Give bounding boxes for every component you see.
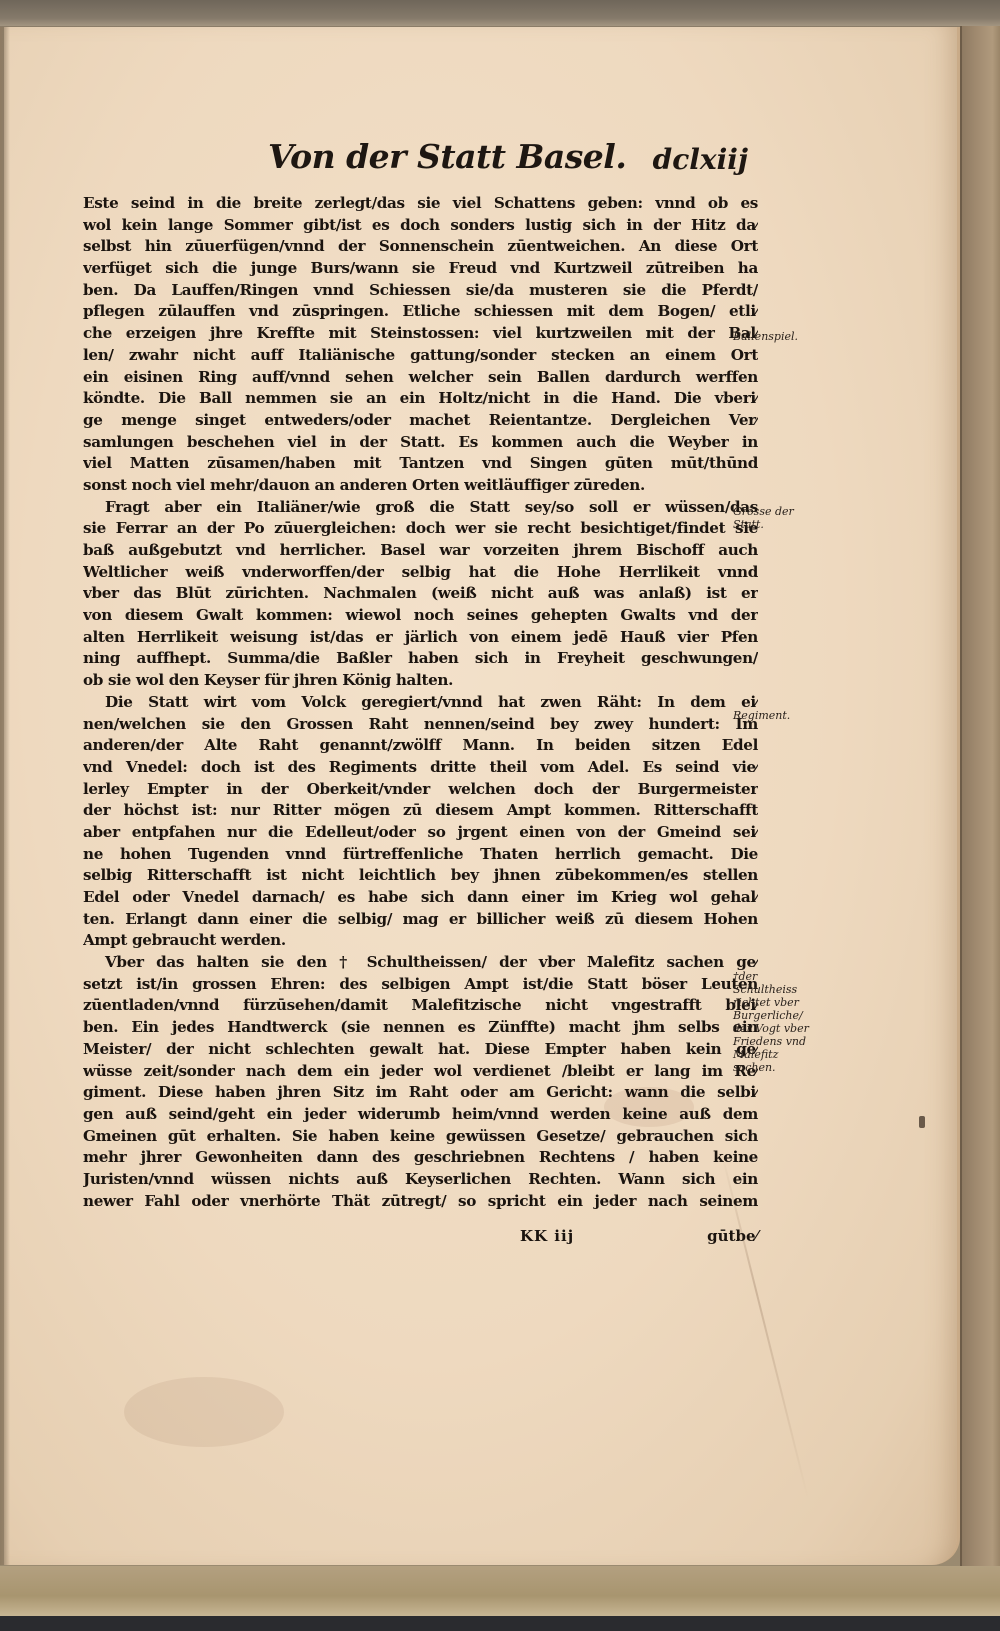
text-line: ein eisinen Ring auff/vnnd sehen welcher… [83, 367, 758, 389]
text-line: gen auß seind/geht ein jeder widerumb he… [83, 1104, 758, 1126]
margin-note-ballenspiel: Ballenspiel. [733, 330, 823, 343]
text-line: viel Matten zūsamen/haben mit Tantzen vn… [83, 453, 758, 475]
text-line: Gmeinen gūt erhalten. Sie haben keine ge… [83, 1126, 758, 1148]
text-line: vnd Vnedel: doch ist des Regiments dritt… [83, 757, 758, 779]
text-line: che erzeigen jhre Kreffte mit Steinstoss… [83, 323, 758, 345]
text-line: zūentladen/vnnd fürzūsehen/damit Malefit… [83, 995, 758, 1017]
page-footer: KK iij gūtbe⁄ [520, 1227, 758, 1249]
paper-stain [124, 1377, 284, 1447]
text-line: pflegen zūlauffen vnd zūspringen. Etlich… [83, 301, 758, 323]
paper-mark [919, 1116, 925, 1128]
text-line: ne hohen Tugenden vnnd fürtreffenliche T… [83, 844, 758, 866]
body-text: Este seind in die breite zerlegt/das sie… [83, 193, 758, 1212]
text-line: Die Statt wirt vom Volck geregiert/vnnd … [83, 692, 758, 714]
paragraph-schultheiss: Vber das halten sie den † Schultheissen/… [83, 952, 758, 1212]
text-line: ge menge singet entweders/oder machet Re… [83, 410, 758, 432]
text-line: alten Herrlikeit weisung ist/das er järl… [83, 627, 758, 649]
catchword: gūtbe⁄ [707, 1227, 758, 1245]
text-line: lerley Empter in der Oberkeit/vnder welc… [83, 779, 758, 801]
text-line: Weltlicher weiß vnderworffen/der selbig … [83, 562, 758, 584]
text-line: Meister/ der nicht schlechten gewalt hat… [83, 1039, 758, 1061]
text-line: vber das Blūt zūrichten. Nachmalen (weiß… [83, 583, 758, 605]
text-line: nen/welchen sie den Grossen Raht nennen/… [83, 714, 758, 736]
text-line: Juristen/vnnd wüssen nichts auß Keyserli… [83, 1169, 758, 1191]
signature-mark: KK iij [520, 1227, 574, 1245]
text-line: selbst hin zūuerfügen/vnnd der Sonnensch… [83, 236, 758, 258]
text-line: giment. Diese haben jhren Sitz im Raht o… [83, 1082, 758, 1104]
text-line: anderen/der Alte Raht genannt/zwölff Man… [83, 735, 758, 757]
text-line: sonst noch viel mehr/dauon an anderen Or… [83, 475, 758, 497]
text-line: ten. Erlangt dann einer die selbig/ mag … [83, 909, 758, 931]
text-line: Fragt aber ein Italiäner/wie groß die St… [83, 497, 758, 519]
text-line: mehr jhrer Gewonheiten dann des geschrie… [83, 1147, 758, 1169]
text-line: sie Ferrar an der Po zūuergleichen: doch… [83, 518, 758, 540]
text-line: ben. Ein jedes Handtwerck (sie nennen es… [83, 1017, 758, 1039]
text-line: len/ zwahr nicht auff Italiänische gattu… [83, 345, 758, 367]
cover-right-edge [960, 26, 1000, 1616]
text-line: baß außgebutzt vnd herrlicher. Basel war… [83, 540, 758, 562]
cover-bottom-edge [0, 1566, 1000, 1616]
text-line: wüsse zeit/sonder nach dem ein jeder wol… [83, 1061, 758, 1083]
text-line: newer Fahl oder vnerhörte Thät zūtregt/ … [83, 1191, 758, 1213]
text-line: ben. Da Lauffen/Ringen vnnd Schiessen si… [83, 280, 758, 302]
text-line: selbig Ritterschafft ist nicht leichtlic… [83, 865, 758, 887]
text-line: setzt ist/in grossen Ehren: des selbigen… [83, 974, 758, 996]
text-line: aber entpfahen nur die Edelleut/oder so … [83, 822, 758, 844]
text-line: Este seind in die breite zerlegt/das sie… [83, 193, 758, 215]
text-line: köndte. Die Ball nemmen sie an ein Holtz… [83, 388, 758, 410]
text-line: wol kein lange Sommer gibt/ist es doch s… [83, 215, 758, 237]
paragraph-size: Fragt aber ein Italiäner/wie groß die St… [83, 497, 758, 692]
running-head: Von der Statt Basel. dclxiij [268, 137, 748, 189]
text-line: von diesem Gwalt kommen: wiewol noch sei… [83, 605, 758, 627]
margin-note-regiment: Regiment. [733, 709, 823, 722]
margin-note-schultheiss: †der Schultheiss richtet vber Burgerlich… [733, 970, 815, 1074]
text-line: ning auffhept. Summa/die Baßler haben si… [83, 648, 758, 670]
text-line: Edel oder Vnedel darnach/ es habe sich d… [83, 887, 758, 909]
text-line: samlungen beschehen viel in der Statt. E… [83, 432, 758, 454]
text-line: ob sie wol den Keyser für jhren König ha… [83, 670, 758, 692]
paragraph-regiment: Die Statt wirt vom Volck geregiert/vnnd … [83, 692, 758, 952]
text-line: verfüget sich die junge Burs/wann sie Fr… [83, 258, 758, 280]
paragraph-games: Este seind in die breite zerlegt/das sie… [83, 193, 758, 497]
spine-shadow [0, 27, 10, 1565]
cover-top-edge [0, 0, 1000, 26]
text-line: Vber das halten sie den † Schultheissen/… [83, 952, 758, 974]
folio-number: dclxiij [653, 143, 748, 176]
running-head-title: Von der Statt Basel. [268, 137, 626, 176]
text-line: Ampt gebraucht werden. [83, 930, 758, 952]
text-line: der höchst ist: nur Ritter mögen zū dies… [83, 800, 758, 822]
margin-note-groesse: Grösse der Statt. [733, 505, 803, 531]
